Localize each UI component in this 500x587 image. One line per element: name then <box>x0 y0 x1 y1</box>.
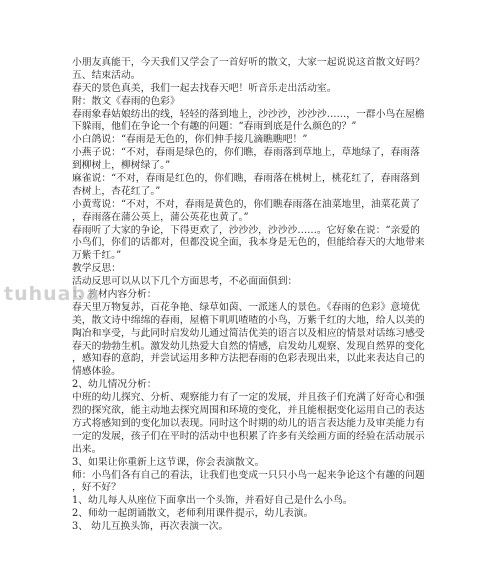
paragraph-line: 烈的探究欲，能主动地去探究周围和环境的变化，并且能根据变化运用自己的表达 <box>72 405 430 418</box>
paragraph-line: 小燕子说：“不对，春雨是绿色的，你们瞧，春雨落到草地上，草地绿了，春雨落 <box>72 147 430 160</box>
list-item: 3、 幼儿互换头饰，再次表演一次。 <box>72 521 430 534</box>
list-item: 2、师幼一起朗诵散文，老师利用课件提示，幼儿表演。 <box>72 508 430 521</box>
paragraph-line: 春天里万物复苏，百花争艳、绿草如茵、一派迷人的景色。《春雨的色彩》意境优 <box>72 302 430 315</box>
appendix-title: 附：散文《春雨的色彩》 <box>72 96 430 109</box>
paragraph-line: 万紫千红。” <box>72 250 430 263</box>
paragraph-line: 美，散文诗中绵绵的春雨，屋檐下叽叽喳喳的小鸟，万紫千红的大地，给人以美的 <box>72 315 430 328</box>
paragraph-line: 春雨象春姑娘纺出的线，轻轻的落到地上，沙沙沙，沙沙沙……，一群小鸟在屋檐 <box>72 109 430 122</box>
paragraph-line: 陶冶和享受，与此同时启发幼儿通过简洁优美的语言以及相应的情景对话练习感受 <box>72 328 430 341</box>
document-body: 小朋友真能干，今天我们又学会了一首好听的散文，大家一起说说这首散文好吗？ 五、结… <box>72 57 430 534</box>
paragraph-line: 春天的勃勃生机。激发幼儿热爱大自然的情感，启发幼儿观察、发现自然界的变化 <box>72 341 430 354</box>
paragraph-line: 杏树上，杏花红了。” <box>72 186 430 199</box>
list-item: 1、幼儿每人从座位下面拿出一个头饰，并看好自己是什么小鸟。 <box>72 495 430 508</box>
paragraph-line: 中班的幼儿探究、分析、观察能力有了一定的发展，并且孩子们充满了好奇心和强 <box>72 392 430 405</box>
paragraph-line: 一定的发展，孩子们在平时的活动中也积累了许多有关绘画方面的经验在活动展示 <box>72 431 430 444</box>
paragraph-line: 方式将感知到的变化加以表现。同时这个时期的幼儿的语言表达能力及审美能力有 <box>72 418 430 431</box>
paragraph-line: 春雨听了大家的争论，下得更欢了，沙沙沙，沙沙沙……。它好象在说：“亲爱的 <box>72 225 430 238</box>
paragraph-line: ，感知春的意韵，并尝试运用多种方法把春雨的色彩表现出来，以此来表达自己的 <box>72 353 430 366</box>
subsection-heading: 2、幼儿情况分析： <box>72 379 430 392</box>
paragraph-line: 小朋友真能干，今天我们又学会了一首好听的散文，大家一起说说这首散文好吗？ <box>72 57 430 70</box>
subsection-heading: 3、如果让你重新上这节课，你会表演散文。 <box>72 457 430 470</box>
section-heading: 五、结束活动。 <box>72 70 430 83</box>
paragraph-line: 下躲雨，他们在争论一个有趣的问题：“春雨到底是什么颜色的？” <box>72 121 430 134</box>
paragraph-line: 到柳树上，柳树绿了。” <box>72 160 430 173</box>
paragraph-line: 春天的景色真美，我们一起去找春天吧！听音乐走出活动室。 <box>72 83 430 96</box>
subsection-heading: 1、教材内容分析： <box>72 289 430 302</box>
paragraph-line: 出来。 <box>72 444 430 457</box>
paragraph-line: ，好不好？ <box>72 482 430 495</box>
paragraph-line: 小鸟们，你们的话都对，但都没说全面，我本身是无色的，但能给春天的大地带来 <box>72 237 430 250</box>
paragraph-line: ，春雨落在蒲公英上，蒲公英花也黄了。” <box>72 212 430 225</box>
paragraph-line: 情感体验。 <box>72 366 430 379</box>
paragraph-line: 小白鸽说：“春雨是无色的，你们伸手接几滴瞧瞧吧！” <box>72 134 430 147</box>
paragraph-line: 麻雀说：“不对，春雨是红色的，你们瞧，春雨落在桃树上，桃花红了，春雨落到 <box>72 173 430 186</box>
section-heading: 教学反思： <box>72 263 430 276</box>
paragraph-line: 小黄莺说：“不对，不对，春雨是黄色的，你们瞧春雨落在油菜地里，油菜花黄了 <box>72 199 430 212</box>
paragraph-line: 师：小鸟们各有自己的看法，让我们也变成一只只小鸟一起来争论这个有趣的问题 <box>72 470 430 483</box>
paragraph-line: 活动反思可以从以下几个方面思考，不必面面俱到： <box>72 276 430 289</box>
